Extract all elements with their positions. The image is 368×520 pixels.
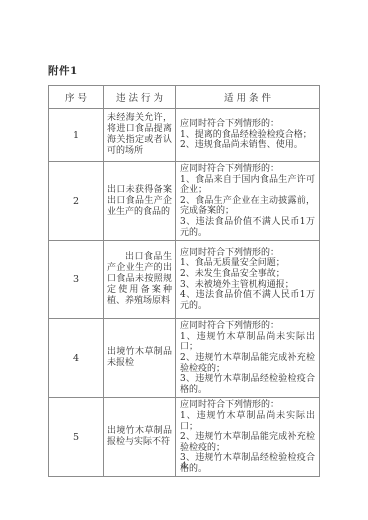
- header-illegal-behavior: 违法行为: [104, 86, 176, 109]
- row-number-cell: 2: [49, 162, 104, 241]
- conditions-cell: 应同时符合下列情形的： 1、食品无质量安全问题； 2、未发生食品安全事故； 3、…: [176, 241, 320, 319]
- table-header-row: 序号 违法行为 适用条件: [49, 86, 320, 109]
- page-number: 4: [0, 461, 368, 471]
- behavior-cell: 出口食品生产企业生产的出口食品未按照规定使用备案种植、养殖场原料: [104, 241, 176, 319]
- conditions-cell: 应同时符合下列情形的： 1、提离的食品经检验检疫合格； 2、违规食品尚未销售、使…: [176, 109, 320, 162]
- table-row: 1 未经海关允许，将进口食品提离海关指定或者认可的场所 应同时符合下列情形的： …: [49, 109, 320, 162]
- header-serial-number: 序号: [49, 86, 104, 109]
- row-number-cell: 1: [49, 109, 104, 162]
- behavior-cell: 未经海关允许，将进口食品提离海关指定或者认可的场所: [104, 109, 176, 162]
- attachment-title: 附件1: [48, 63, 78, 78]
- behavior-cell: 出境竹木草制品未报检: [104, 319, 176, 398]
- document-page: 附件1 序号 违法行为 适用条件 1 未经海关允许，将进口食品提离海关指定或者认…: [0, 0, 368, 520]
- row-number-cell: 3: [49, 241, 104, 319]
- behavior-cell: 出口未获得备案出口食品生产企业生产的食品的: [104, 162, 176, 241]
- table-row: 3 出口食品生产企业生产的出口食品未按照规定使用备案种植、养殖场原料 应同时符合…: [49, 241, 320, 319]
- row-number-cell: 4: [49, 319, 104, 398]
- regulation-table: 序号 违法行为 适用条件 1 未经海关允许，将进口食品提离海关指定或者认可的场所…: [48, 85, 320, 477]
- header-applicable-conditions: 适用条件: [176, 86, 320, 109]
- conditions-cell: 应同时符合下列情形的： 1、食品来自于国内食品生产许可企业； 2、食品生产企业在…: [176, 162, 320, 241]
- table-row: 4 出境竹木草制品未报检 应同时符合下列情形的： 1、违规竹木草制品尚未实际出口…: [49, 319, 320, 398]
- conditions-cell: 应同时符合下列情形的： 1、违规竹木草制品尚未实际出口； 2、违规竹木草制品能完…: [176, 319, 320, 398]
- table-row: 2 出口未获得备案出口食品生产企业生产的食品的 应同时符合下列情形的： 1、食品…: [49, 162, 320, 241]
